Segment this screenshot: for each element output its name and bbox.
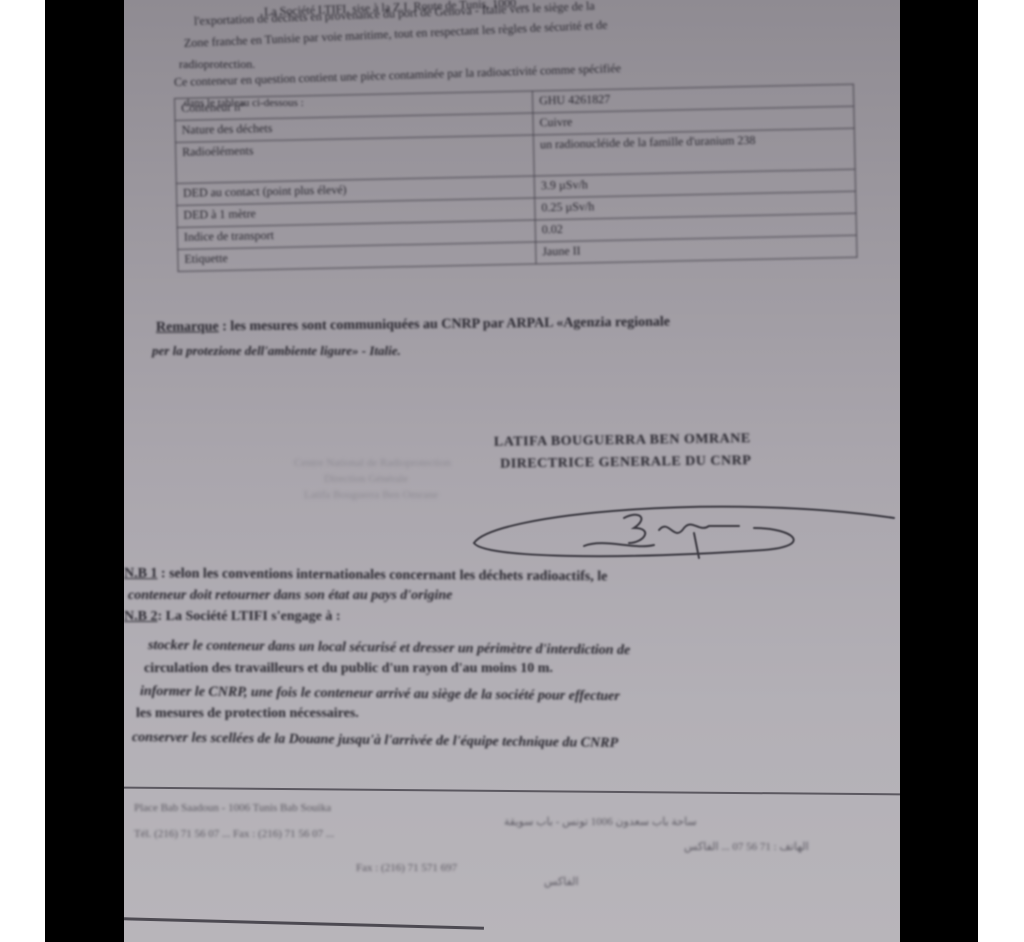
container-spec-table: Conteneur n°GHU 4261827 Nature des déche… (174, 84, 857, 272)
commitment-item: informer le CNRP, une fois le conteneur … (140, 684, 620, 705)
footer-phone-fr: Tél. (216) 71 56 07 ... Fax : (216) 71 5… (134, 828, 334, 840)
stamp-line: Direction Générale (324, 471, 451, 487)
faded-stamp: Centre National de Radioprotection Direc… (294, 455, 451, 503)
commitment-item: conserver les scellées de la Douane jusq… (132, 730, 618, 752)
footer-address-ar: ساحة باب سعدون 1006 تونس - باب سويقة (504, 815, 697, 828)
footer-fax-ar: الفاكس (544, 875, 579, 888)
nb2-line: N.B 2: La Société LTIFI s'engage à : (124, 609, 341, 625)
remark-line-2: per la protezione dell'ambiente ligure» … (152, 343, 401, 359)
nb2-text: : La Société LTIFI s'engage à : (157, 609, 340, 624)
signatory-block: LATIFA BOUGUERRA BEN OMRANE DIRECTRICE G… (494, 428, 752, 476)
footer-fax: Fax : (216) 71 571 697 (356, 862, 457, 874)
commitment-item: les mesures de protection nécessaires. (136, 706, 359, 722)
remark-line: Remarque : les mesures sont communiquées… (156, 315, 670, 336)
nb1-line-2: conteneur doit retourner dans son état a… (128, 588, 452, 604)
footer-bottom-rule (124, 917, 484, 929)
remark-text: : les mesures sont communiquées au CNRP … (219, 315, 670, 335)
document-photo: La Société LTIFI, sise à la Z.I. Route d… (124, 0, 900, 942)
intro-line: radioprotection. (179, 57, 255, 72)
nb1-line: N.B 1 : selon les conventions internatio… (124, 566, 607, 585)
nb1-label: N.B 1 (124, 566, 158, 581)
stamp-line: Latifa Bouguerra Ben Omrane (304, 487, 451, 503)
commitment-item: stocker le conteneur dans un local sécur… (148, 638, 630, 659)
row-value: un radionucléide de la famille d'uranium… (533, 128, 855, 176)
footer-address-fr: Place Bab Saadoun - 1006 Tunis Bab Souik… (134, 802, 331, 814)
signatory-title: DIRECTRICE GENERALE DU CNRP (500, 450, 751, 476)
remark-label: Remarque (156, 319, 219, 335)
nb2-label: N.B 2 (124, 609, 157, 624)
footer-phone-ar: الهاتف : 71 56 07 ... الفاكس (684, 840, 809, 853)
footer-divider (124, 787, 900, 796)
commitment-item: circulation des travailleurs et du publi… (144, 661, 553, 677)
nb1-text: : selon les conventions internationales … (157, 566, 607, 584)
handwritten-signature-icon (464, 488, 900, 568)
stamp-line: Centre National de Radioprotection (294, 455, 451, 471)
